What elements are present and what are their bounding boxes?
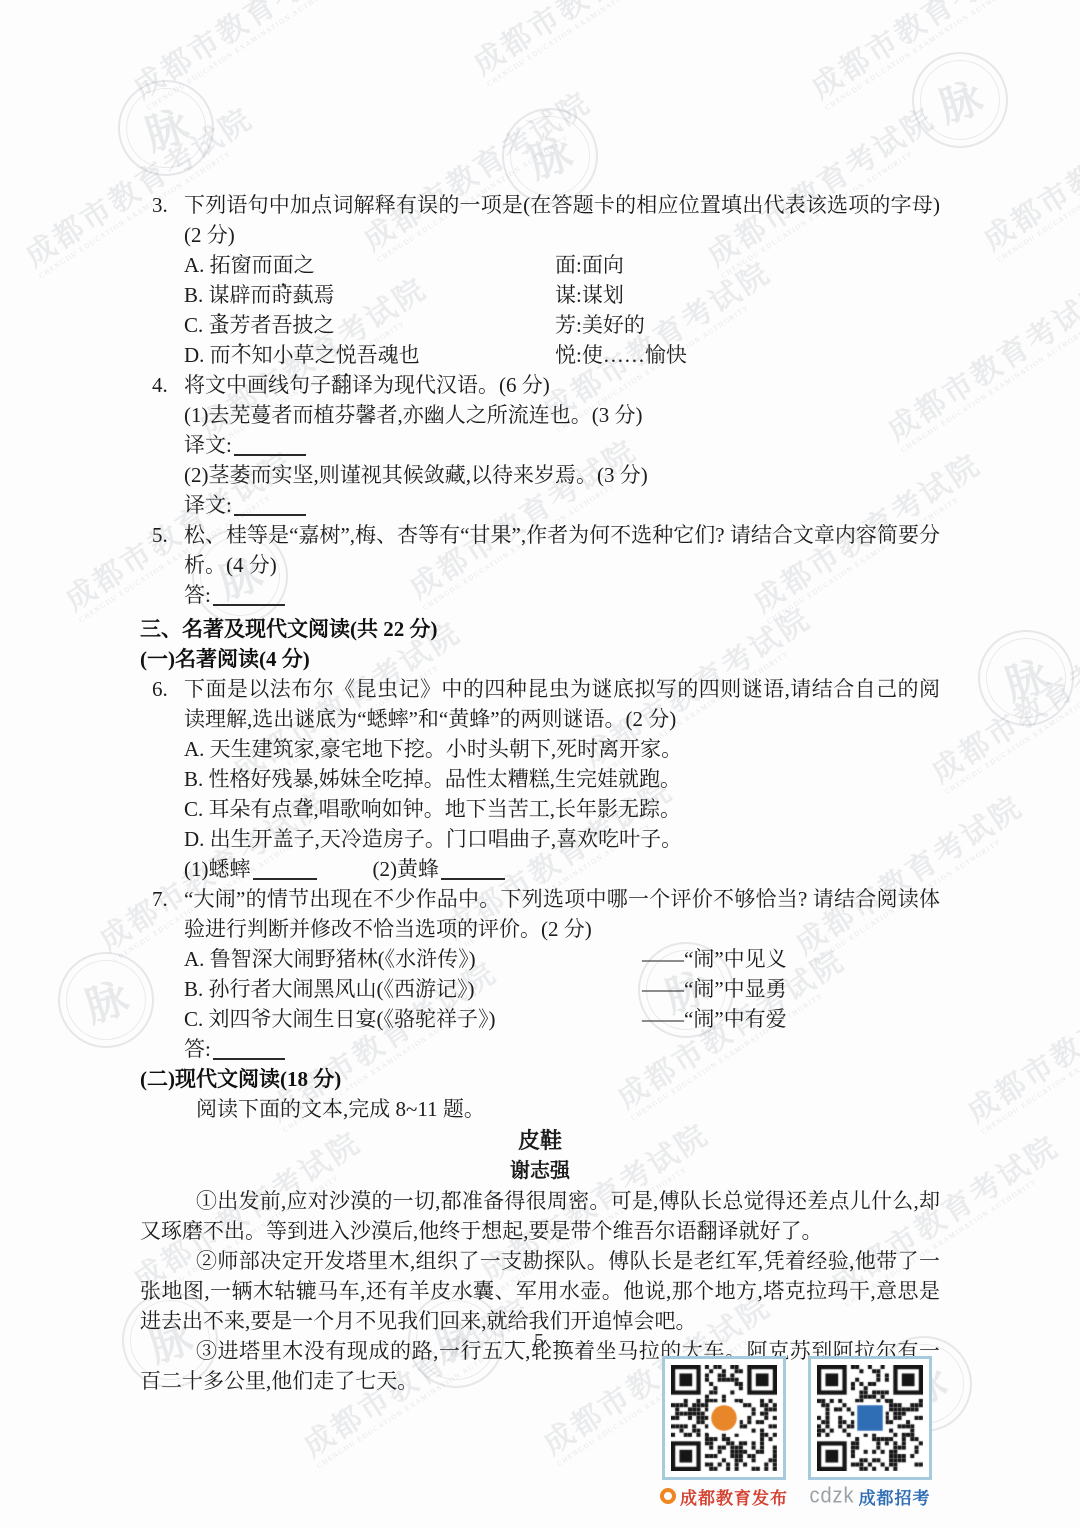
passage-paragraph-2: ②师部决定开发塔里木,组织了一支勘探队。傅队长是老红军,凭着经验,他带了一张地图… [140, 1246, 940, 1336]
passage-author: 谢志强 [140, 1156, 940, 1186]
watermark-text: 成都市教育考试院CHENGDU EDUCATION EXAMINATION AU… [123, 0, 372, 112]
question-7-option-a: A. 鲁智深大闹野猪林(《水浒传》) ——“闹”中见义 [184, 944, 940, 974]
page-content: 3. 下列语句中加点词解释有误的一项是(在答题卡的相应位置填出代表该选项的字母)… [140, 190, 940, 1396]
question-5: 5. 松、桂等是“嘉树”,梅、杏等有“甘果”,作者为何不选种它们? 请结合文章内… [140, 520, 940, 610]
question-6-option-b: B. 性格好残暴,姊妹全吃掉。品性太糟糕,生完娃就跑。 [184, 764, 940, 794]
gloss: 悦:使……愉快 [555, 340, 687, 370]
answer-blank [253, 860, 317, 880]
question-4-stem: 将文中画线句子翻译为现代汉语。(6 分) [184, 370, 940, 400]
question-6: 6. 下面是以法布尔《昆虫记》中的四种昆虫为谜底拟写的四则谜语,请结合自己的阅读… [140, 674, 940, 884]
qr-left-label: 成都教育发布 [660, 1485, 788, 1507]
watermark-seal-icon: 脉 [978, 630, 1074, 726]
question-6-option-d: D. 出生开盖子,天冷造房子。门口唱曲子,喜欢吃叶子。 [184, 824, 940, 854]
qr-code-area: 成都教育发布 cdzk 成都招考 [660, 1356, 932, 1507]
question-7: 7. “大闹”的情节出现在不少作品中。下列选项中哪一个评价不够恰当? 请结合阅读… [140, 884, 940, 1064]
watermark-text: 成都市教育考试院CHENGDU EDUCATION EXAMINATION AU… [973, 78, 1080, 264]
watermark-text: 成都市教育考试院CHENGDU EDUCATION EXAMINATION AU… [957, 950, 1080, 1136]
watermark-seal-icon: 脉 [118, 80, 214, 176]
watermark-text: 成都市教育考试院CHENGDU EDUCATION EXAMINATION AU… [921, 610, 1080, 796]
question-number: 7. [152, 884, 184, 1064]
option-comment: ——“闹”中显勇 [642, 974, 787, 1004]
question-6-answers: (1)蟋蟀(2)黄蜂 [184, 854, 940, 884]
orange-ring-icon [660, 1488, 676, 1504]
question-7-option-b: B. 孙行者大闹黑风山(《西游记》) ——“闹”中显勇 [184, 974, 940, 1004]
question-5-answer: 答: [184, 580, 940, 610]
part-1-heading: (一)名著阅读(4 分) [140, 644, 940, 674]
question-number: 4. [152, 370, 184, 520]
part-2-heading: (二)现代文阅读(18 分) [140, 1064, 940, 1094]
qr-unit-right: cdzk 成都招考 [808, 1356, 932, 1507]
qr-code-chengdu-zhaokao [808, 1356, 932, 1480]
watermark-text: 成都市教育考试院CHENGDU EDUCATION EXAMINATION AU… [801, 0, 1050, 112]
question-4-answer1: 译文: [184, 430, 940, 460]
question-4: 4. 将文中画线句子翻译为现代汉语。(6 分) (1)去芜蔓者而植芬馨者,亦幽人… [140, 370, 940, 520]
answer-blank [234, 436, 306, 456]
question-7-answer: 答: [184, 1034, 940, 1064]
answer-blank [441, 860, 505, 880]
part-2-intro: 阅读下面的文本,完成 8~11 题。 [140, 1094, 940, 1124]
question-6-stem: 下面是以法布尔《昆虫记》中的四种昆虫为谜底拟写的四则谜语,请结合自己的阅读理解,… [184, 674, 940, 734]
exam-paper-page: 成都市教育考试院CHENGDU EDUCATION EXAMINATION AU… [0, 0, 1080, 1528]
answer-blank [213, 1040, 285, 1060]
watermark-seal-icon: 脉 [912, 52, 1008, 148]
question-4-answer2: 译文: [184, 490, 940, 520]
question-6-option-c: C. 耳朵有点聋,唱歌响如钟。地下当苦工,长年影无踪。 [184, 794, 940, 824]
question-4-sub1: (1)去芜蔓者而植芬馨者,亦幽人之所流连也。(3 分) [184, 400, 940, 430]
question-3-option-a: A. 拓窗而面之 面:面向 [184, 250, 940, 280]
question-5-stem: 松、桂等是“嘉树”,梅、杏等有“甘果”,作者为何不选种它们? 请结合文章内容简要… [184, 520, 940, 580]
question-3-option-c: C. 蚤芳者吾披之 芳:美好的 [184, 310, 940, 340]
page-number: — 5 — [0, 1330, 1080, 1353]
emphasized-char: 谋 [209, 283, 230, 307]
section-3-heading: 三、名著及现代文阅读(共 22 分) [140, 614, 940, 644]
question-4-sub2: (2)茎萎而实坚,则谨视其候敛藏,以待来岁焉。(3 分) [184, 460, 940, 490]
question-number: 5. [152, 520, 184, 610]
gloss: 面:面向 [555, 250, 624, 280]
gloss: 谋:谋划 [555, 280, 624, 310]
question-7-option-c: C. 刘四爷大闹生日宴(《骆驼祥子》) ——“闹”中有爱 [184, 1004, 940, 1034]
option-comment: ——“闹”中有爱 [642, 1004, 787, 1034]
gloss: 芳:美好的 [555, 310, 645, 340]
question-3-option-d: D. 而不知小草之悦吾魂也 悦:使……愉快 [184, 340, 940, 370]
question-3: 3. 下列语句中加点词解释有误的一项是(在答题卡的相应位置填出代表该选项的字母)… [140, 190, 940, 370]
question-number: 6. [152, 674, 184, 884]
emphasized-char: 面 [273, 253, 294, 277]
question-3-option-b: B. 谋辟而莳蓺焉 谋:谋划 [184, 280, 940, 310]
option-comment: ——“闹”中见义 [642, 944, 787, 974]
qr-code-chengdu-education [662, 1356, 786, 1480]
emphasized-char: 芳 [230, 313, 251, 337]
qr-unit-left: 成都教育发布 [660, 1356, 788, 1507]
question-number: 3. [152, 190, 184, 370]
passage-title: 皮鞋 [140, 1126, 940, 1156]
question-6-option-a: A. 天生建筑家,豪宅地下挖。小时头朝下,死时离开家。 [184, 734, 940, 764]
passage-paragraph-1: ①出发前,应对沙漠的一切,都准备得很周密。可是,傅队长总觉得还差点儿什么,却又琢… [140, 1186, 940, 1246]
answer-blank [213, 586, 285, 606]
question-7-stem: “大闹”的情节出现在不少作品中。下列选项中哪一个评价不够恰当? 请结合阅读体验进… [184, 884, 940, 944]
cdzk-logo: cdzk [809, 1483, 854, 1508]
question-3-stem: 下列语句中加点词解释有误的一项是(在答题卡的相应位置填出代表该选项的字母)(2 … [184, 190, 940, 250]
answer-blank [234, 496, 306, 516]
watermark-text: 成都市教育考试院CHENGDU EDUCATION EXAMINATION AU… [463, 0, 712, 88]
qr-right-label: cdzk 成都招考 [809, 1485, 930, 1507]
emphasized-char: 悦 [336, 343, 357, 367]
